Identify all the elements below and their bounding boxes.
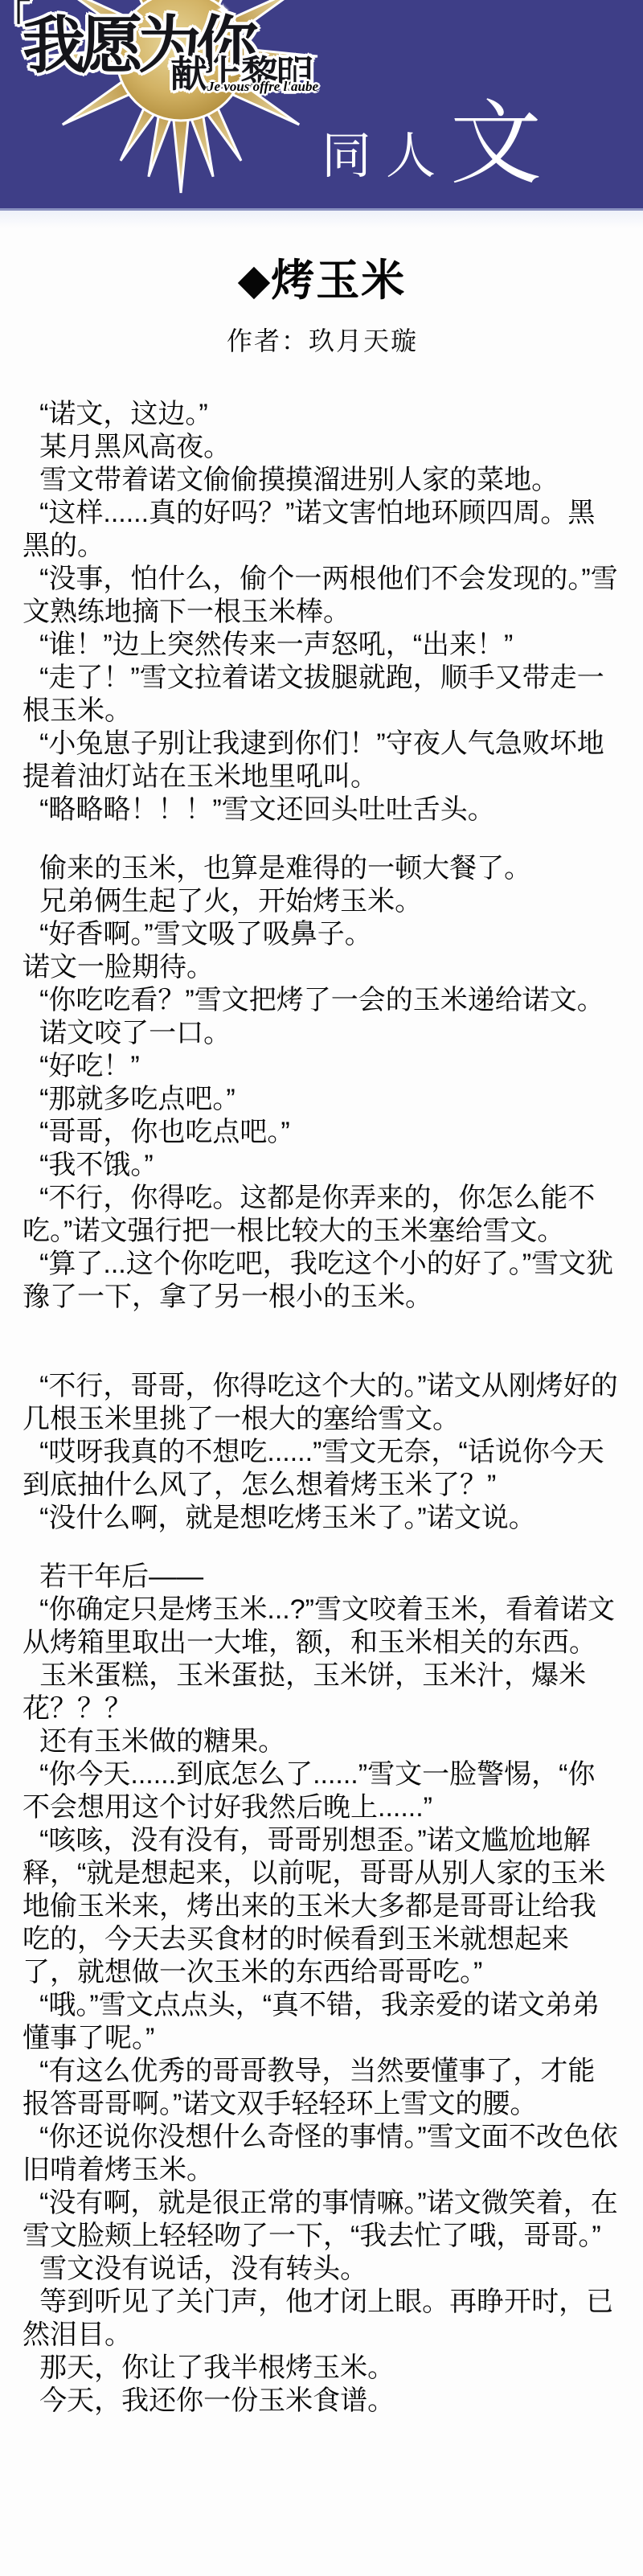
story-paragraph: “咳咳，没有没有，哥哥别想歪。”诺文尴尬地解释，“就是想起来，以前呢，哥哥从别人…: [23, 1824, 622, 1989]
story-paragraph: “哦。”雪文点点头，“真不错，我亲爱的诺文弟弟懂事了呢。”: [23, 1989, 622, 2055]
story: “诺文，这边。”某月黑风高夜。雪文带着诺文偷偷摸摸溜进别人家的菜地。“这样...…: [23, 398, 622, 2418]
story-paragraph: “我不饿。”: [23, 1149, 622, 1182]
sparkle-icon: ✦: [215, 0, 230, 21]
story-paragraph: 某月黑风高夜。: [23, 431, 622, 464]
story-paragraph: “有这么优秀的哥哥教导，当然要懂事了，才能报答哥哥啊。”诺文双手轻轻环上雪文的腰…: [23, 2055, 622, 2121]
story-paragraph: “这样......真的好吗？”诺文害怕地环顾四周。黑黑的。: [23, 497, 622, 563]
story-paragraph: 等到听见了关门声，他才闭上眼。再睁开时，已然泪目。: [23, 2286, 622, 2352]
author-line: 作者：玖月天璇: [23, 321, 622, 358]
story-paragraph: 偷来的玉米，也算是难得的一顿大餐了。: [23, 852, 622, 885]
story-paragraph: “没事，怕什么，偷个一两根他们不会发现的。”雪文熟练地摘下一根玉米棒。: [23, 563, 622, 629]
story-paragraph: 雪文没有说话，没有转头。: [23, 2253, 622, 2286]
story-paragraph: “没什么啊，就是想吃烤玉米了。”诺文说。: [23, 1502, 622, 1535]
story-paragraph: “走了！”雪文拉着诺文拔腿就跑，顺手又带走一根玉米。: [23, 662, 622, 728]
story-paragraph: 那天，你让了我半根烤玉米。: [23, 2352, 622, 2385]
story-paragraph: 兄弟俩生起了火，开始烤玉米。: [23, 885, 622, 918]
story-paragraph: 若干年后——: [23, 1561, 622, 1594]
page-title: ◆烤玉米: [23, 257, 622, 305]
story-paragraph: “算了...这个你吃吧，我吃这个小的好了。”雪文犹豫了一下，拿了另一根小的玉米。: [23, 1248, 622, 1314]
story-paragraph: “你还说你没想什么奇怪的事情。”雪文面不改色依旧啃着烤玉米。: [23, 2121, 622, 2187]
story-paragraph: 还有玉米做的糖果。: [23, 1725, 622, 1758]
banner-fade-divider: [0, 211, 643, 228]
story-paragraph: 雪文带着诺文偷偷摸摸溜进别人家的菜地。: [23, 464, 622, 497]
tagline-big-text: 文: [450, 101, 542, 188]
story-paragraph: “小兔崽子别让我逮到你们！”守夜人气急败坏地提着油灯站在玉米地里吼叫。: [23, 728, 622, 794]
article-content: ◆烤玉米 作者：玖月天璇 “诺文，这边。”某月黑风高夜。雪文带着诺文偷偷摸摸溜进…: [0, 228, 643, 2418]
story-paragraph: “谁！”边上突然传来一声怒吼，“出来！”: [23, 629, 622, 662]
header-banner: 「 我愿为你 ✦ 献上黎明 」 Je vous offre l'aube 同人 …: [0, 0, 643, 211]
story-paragraph: “好吃！”: [23, 1050, 622, 1083]
page: 「 我愿为你 ✦ 献上黎明 」 Je vous offre l'aube 同人 …: [0, 0, 643, 2576]
story-paragraph: “好香啊。”雪文吸了吸鼻子。: [23, 918, 622, 951]
title-diamond-icon: ◆: [239, 257, 271, 302]
story-paragraph: “哥哥，你也吃点吧。”: [23, 1116, 622, 1149]
story-paragraph: “不行，你得吃。这都是你弄来的，你怎么能不吃。”诺文强行把一根比较大的玉米塞给雪…: [23, 1182, 622, 1248]
series-logo: 「 我愿为你 ✦ 献上黎明 」 Je vous offre l'aube: [0, 0, 354, 211]
story-gap: [23, 827, 622, 852]
story-paragraph: “哎呀我真的不想吃......”雪文无奈，“话说你今天到底抽什么风了，怎么想着烤…: [23, 1436, 622, 1502]
story-paragraph: “你今天......到底怎么了......”雪文一脸警惕，“你不会想用这个讨好我…: [23, 1758, 622, 1824]
story-paragraph: “不行，哥哥，你得吃这个大的。”诺文从刚烤好的几根玉米里挑了一根大的塞给雪文。: [23, 1370, 622, 1436]
story-paragraph: “你吃吃看？”雪文把烤了一会的玉米递给诺文。: [23, 984, 622, 1017]
story-paragraph: “那就多吃点吧。”: [23, 1083, 622, 1116]
story-gap: [23, 1314, 622, 1370]
logo-subtitle-french: Je vous offre l'aube: [207, 79, 318, 95]
story-paragraph: 诺文咬了一口。: [23, 1017, 622, 1050]
story-paragraph: “诺文，这边。”: [23, 398, 622, 431]
story-paragraph: 诺文一脸期待。: [23, 951, 622, 984]
story-paragraph: 今天，我还你一份玉米食谱。: [23, 2385, 622, 2418]
category-tagline: 同人 文: [321, 101, 542, 188]
story-paragraph: “你确定只是烤玉米...?”雪文咬着玉米，看着诺文从烤箱里取出一大堆，额，和玉米…: [23, 1594, 622, 1659]
story-paragraph: “略略略！！！”雪文还回头吐吐舌头。: [23, 794, 622, 827]
story-paragraph: 玉米蛋糕，玉米蛋挞，玉米饼，玉米汁，爆米花？？？: [23, 1659, 622, 1725]
story-gap: [23, 1535, 622, 1561]
story-paragraph: “没有啊，就是很正常的事情嘛。”诺文微笑着，在雪文脸颊上轻轻吻了一下，“我去忙了…: [23, 2187, 622, 2253]
tagline-small-text: 同人: [321, 132, 450, 188]
title-text: 烤玉米: [271, 256, 406, 305]
